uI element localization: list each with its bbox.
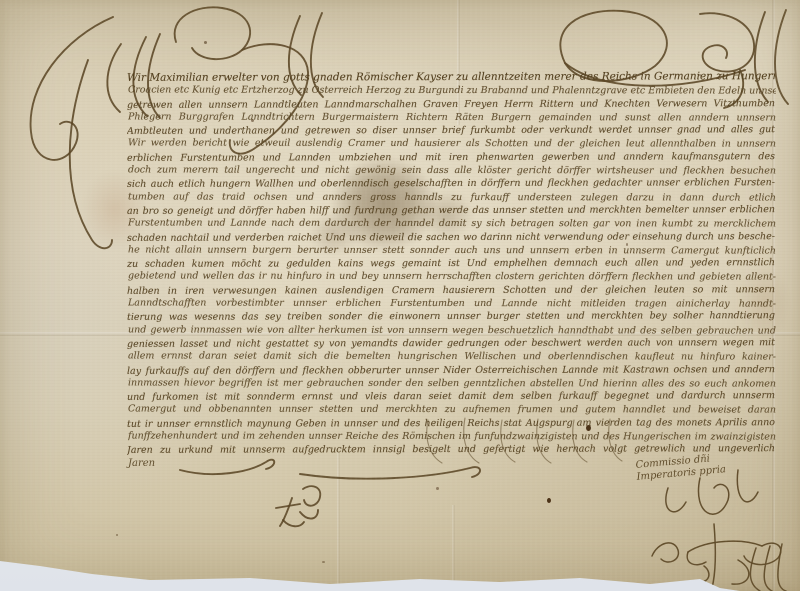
ink-speck <box>586 425 591 431</box>
ink-speck <box>436 487 439 490</box>
manuscript-line: Furstentumben und Lannde nach dem dardur… <box>128 217 776 231</box>
vertical-fold-crease-right <box>772 0 775 591</box>
manuscript-line: tierung was wesenns das sey treiben sond… <box>127 309 775 324</box>
manuscript-line: allem ernnst daran seiet damit sich die … <box>128 350 776 364</box>
commissio-flourish <box>666 470 758 514</box>
manuscript-line: an bro so geneigt und dörffer haben hilf… <box>127 203 775 218</box>
paper-vignette <box>0 0 800 591</box>
manuscript-text: Wir Maximilian erwelter von gotts gnaden… <box>127 71 775 471</box>
closing-flourishes <box>0 0 800 591</box>
vertical-fold-crease-bottom-center <box>452 505 455 591</box>
ink-speck <box>245 583 254 589</box>
manuscript-line: Wir Maximilian erwelter von gotts gnaden… <box>127 70 775 85</box>
flourish-top-center <box>175 7 323 153</box>
calligraphic-flourishes-top <box>0 0 800 591</box>
manuscript-line: schaden nachtail und verderben raichet U… <box>127 230 775 245</box>
descender-strokes <box>0 0 800 591</box>
manuscript-line: gebietend und wellen das ir nu hinfuro i… <box>128 270 776 284</box>
manuscript-line: Wir werden bericht wie etweuil auslendig… <box>128 137 776 151</box>
vertical-fold-crease-bottom-left <box>337 452 340 591</box>
manuscript-line: lay furkauffs auf den dörffern und fleck… <box>127 363 775 378</box>
manuscript-line: tut ir unnser ernnstlich maynung Geben i… <box>127 416 775 431</box>
manuscript-line: und gewerb innmassen wie von allter herk… <box>128 323 776 337</box>
large-center-stain <box>330 156 438 252</box>
flourish-top-right <box>560 10 788 108</box>
manuscript-line: Camergut und obbenannten unnser stetten … <box>128 403 776 417</box>
horizontal-fold-crease <box>0 332 800 336</box>
manuscript-line: Jaren zu urkund mit unnserm aufgedruckte… <box>127 442 775 457</box>
manuscript-line: Ambtleuten und underthanen und getrewen … <box>127 123 775 138</box>
commissio-line-1: Commissio dñi <box>635 452 725 472</box>
ink-speck <box>204 41 207 44</box>
manuscript-line: he nicht allain unnsern burgern berurter… <box>128 243 776 257</box>
commissio-line-2: Imperatoris ppria <box>636 464 726 484</box>
manuscript-lines: Wir Maximilian erwelter von gotts gnaden… <box>127 71 775 457</box>
ink-speck <box>626 243 628 246</box>
closing-word: Jaren <box>127 457 775 471</box>
manuscript-line: sich auch etlich hungern Wallhen und obe… <box>127 177 775 192</box>
ink-speck <box>699 74 701 76</box>
ink-speck <box>116 534 118 536</box>
manuscript-photo: Wir Maximilian erwelter von gotts gnaden… <box>0 0 800 591</box>
manuscript-line: zu schaden kumen möcht zu gedulden kains… <box>127 256 775 271</box>
commissio-subscription: Commissio dñi Imperatoris ppria <box>635 452 726 484</box>
manuscript-line: Phlegern Burggrafen Lanndtrichtern Burge… <box>128 110 776 124</box>
manuscript-line: Lanndtschafften vorbestimbter unnser erb… <box>128 296 776 310</box>
ink-speck <box>251 119 254 122</box>
flourish-top-left <box>31 17 160 248</box>
manuscript-line: funffzehenhundert und im zehenden unnser… <box>128 429 776 443</box>
center-stain-blob-left <box>308 212 360 256</box>
manuscript-line: tumben auf das traid ochsen und annders … <box>128 190 776 204</box>
manuscript-line: halben in iren verwesungen kainen auslen… <box>127 283 775 298</box>
closing-swash <box>180 460 480 479</box>
monogram-mark <box>276 486 320 526</box>
manuscript-line: doch zum merern tail ungerecht und nicht… <box>128 164 776 178</box>
vertical-fold-crease-top <box>457 0 460 125</box>
faint-stain-left-margin <box>82 170 148 250</box>
signature-flourish <box>652 524 786 591</box>
manuscript-line: erblichen Furstentumben und Lannden umbz… <box>127 150 775 165</box>
faint-stain-right-edge <box>738 268 790 338</box>
manuscript-line: Croacien etc Kunig etc Ertzherzog zu Ost… <box>128 84 776 98</box>
manuscript-line: geniessen lasset und nicht gestattet sy … <box>127 336 775 351</box>
center-stain-blob-right <box>418 190 474 240</box>
chancellor-signature <box>0 0 800 591</box>
parchment-sheet: Wir Maximilian erwelter von gotts gnaden… <box>0 0 800 591</box>
manuscript-line: getrewen allen unnsern Lanndtleuten Lann… <box>127 97 775 112</box>
ink-speck <box>322 561 325 563</box>
manuscript-line: und furkomen ist mit sonnderm ernnst und… <box>127 389 775 404</box>
ink-speck <box>547 498 551 503</box>
manuscript-line: innmassen hievor begriffen ist mer gebra… <box>128 376 776 390</box>
